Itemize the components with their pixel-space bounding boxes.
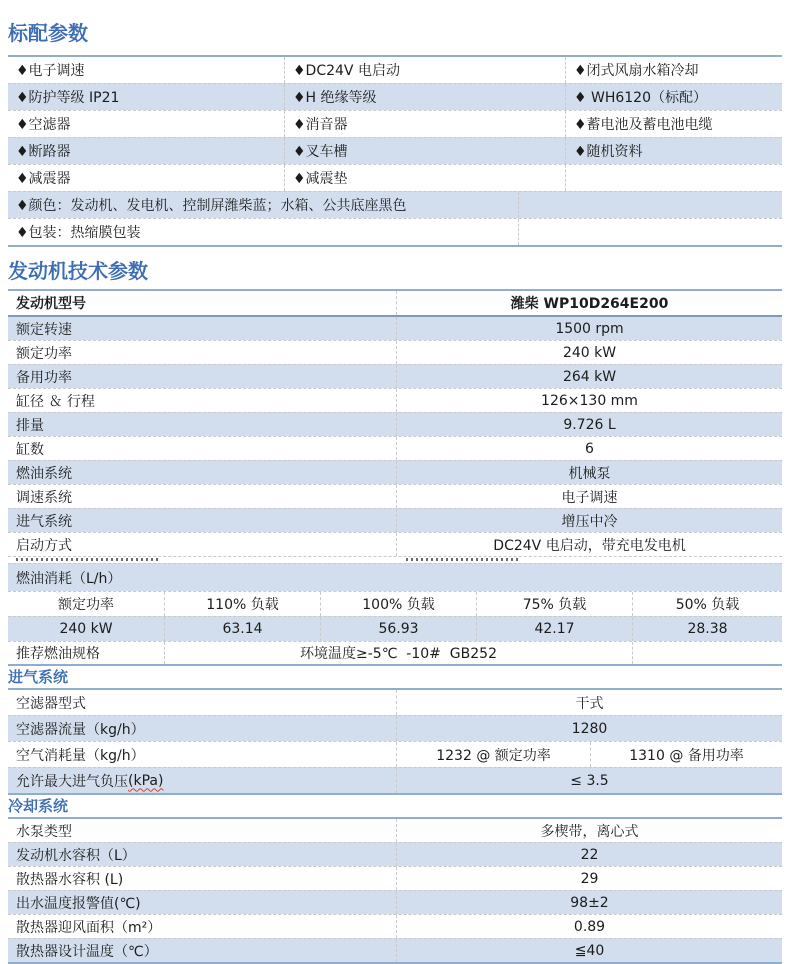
- param-cell: ♦叉车槽: [284, 138, 565, 164]
- fuel-header-cell: 额定功率: [8, 592, 164, 616]
- engine-param-label: 发动机型号: [8, 291, 396, 315]
- section-title-cooling: 冷却系统: [8, 797, 790, 815]
- intake-param-value: 1280: [396, 716, 782, 741]
- param-cell: ♦电子调速: [8, 57, 284, 83]
- fuel-spec-row: 推荐燃油规格 环境温度≥-5℃ -10# GB252: [8, 641, 782, 664]
- engine-param-label: 排量: [8, 413, 396, 436]
- engine-param-label: 额定转速: [8, 317, 396, 340]
- fuel-spec-label: 推荐燃油规格: [8, 642, 164, 664]
- engine-param-label: 进气系统: [8, 509, 396, 532]
- engine-param-row: 燃油系统 机械泵: [8, 460, 782, 484]
- engine-param-value: 机械泵: [396, 461, 782, 484]
- cooling-param-label: 散热器水容积 (L): [8, 867, 396, 890]
- engine-param-label: 燃油系统: [8, 461, 396, 484]
- table-row: ♦空滤器 ♦消音器 ♦蓄电池及蓄电池电缆: [8, 110, 782, 137]
- intake-param-row: 空滤器流量（kg/h） 1280: [8, 715, 782, 741]
- fuel-spec-value: 环境温度≥-5℃ -10# GB252: [164, 642, 632, 664]
- intake-system-table: 空滤器型式 干式 空滤器流量（kg/h） 1280 空气消耗量（kg/h） 12…: [8, 688, 782, 795]
- param-cell: ♦减震垫: [284, 165, 565, 191]
- glitch-fragment: [406, 558, 521, 561]
- cooling-system-table: 水泵类型 多楔带，离心式 发动机水容积（L） 22 散热器水容积 (L) 29 …: [8, 817, 782, 964]
- engine-param-value: 电子调速: [396, 485, 782, 508]
- intake-param-value: 1310 @ 备用功率: [590, 742, 782, 767]
- fuel-header-cell: 110% 负载: [164, 592, 320, 616]
- fuel-consumption-title-row: 燃油消耗（L/h）: [8, 563, 782, 591]
- param-cell: ♦闭式风扇水箱冷却: [565, 57, 782, 83]
- cooling-param-row: 散热器迎风面积（m²） 0.89: [8, 914, 782, 938]
- section-title-intake: 进气系统: [8, 668, 790, 686]
- intake-param-row: 允许最大进气负压(kPa) ≤ 3.5: [8, 767, 782, 793]
- cooling-param-value: ≦40: [396, 939, 782, 962]
- engine-param-value: 240 kW: [396, 341, 782, 364]
- engine-param-row: 进气系统 增压中冷: [8, 508, 782, 532]
- engine-param-row: 缸径 ＆ 行程 126×130 mm: [8, 388, 782, 412]
- engine-param-value: 9.726 L: [396, 413, 782, 436]
- engine-model-row: 发动机型号 潍柴 WP10D264E200: [8, 291, 782, 317]
- fuel-header-cell: 50% 负载: [632, 592, 782, 616]
- fuel-header-row: 额定功率 110% 负载 100% 负载 75% 负载 50% 负载: [8, 591, 782, 616]
- param-cell-wide: ♦包装：热缩膜包装: [8, 219, 518, 245]
- cooling-param-label: 水泵类型: [8, 819, 396, 842]
- fuel-value-cell: 42.17: [476, 617, 632, 641]
- compressed-glitch-row: [8, 556, 782, 563]
- empty-cell: [565, 165, 782, 191]
- engine-param-value: 6: [396, 437, 782, 460]
- fuel-header-cell: 75% 负载: [476, 592, 632, 616]
- engine-param-value: 增压中冷: [396, 509, 782, 532]
- intake-param-value: 干式: [396, 690, 782, 715]
- fuel-value-cell: 240 kW: [8, 617, 164, 641]
- param-cell: ♦DC24V 电启动: [284, 57, 565, 83]
- cooling-param-row: 发动机水容积（L） 22: [8, 842, 782, 866]
- intake-param-row: 空滤器型式 干式: [8, 690, 782, 715]
- empty-cell: [518, 192, 782, 218]
- cooling-param-value: 29: [396, 867, 782, 890]
- cooling-param-row: 散热器设计温度（℃） ≦40: [8, 938, 782, 962]
- fuel-value-cell: 63.14: [164, 617, 320, 641]
- section-title-standard-params: 标配参数: [8, 20, 790, 46]
- intake-param-label-text: 允许最大进气负压: [16, 771, 128, 791]
- param-cell: ♦ WH6120（标配）: [565, 84, 782, 110]
- engine-param-value: 126×130 mm: [396, 389, 782, 412]
- fuel-consumption-title: 燃油消耗（L/h）: [8, 564, 782, 591]
- engine-param-label: 缸径 ＆ 行程: [8, 389, 396, 412]
- section-title-engine-params: 发动机技术参数: [8, 258, 790, 284]
- param-cell: ♦随机资料: [565, 138, 782, 164]
- cooling-param-label: 散热器设计温度（℃）: [8, 939, 396, 962]
- fuel-data-row: 240 kW 63.14 56.93 42.17 28.38: [8, 616, 782, 641]
- engine-param-row: 缸数 6: [8, 436, 782, 460]
- engine-param-value: 264 kW: [396, 365, 782, 388]
- intake-param-label: 空气消耗量（kg/h）: [8, 742, 396, 767]
- engine-param-row: 备用功率 264 kW: [8, 364, 782, 388]
- engine-param-label: 额定功率: [8, 341, 396, 364]
- fuel-value-cell: 28.38: [632, 617, 782, 641]
- empty-cell: [632, 642, 782, 664]
- table-row-packaging-note: ♦包装：热缩膜包装: [8, 218, 782, 245]
- intake-param-label: 空滤器流量（kg/h）: [8, 716, 396, 741]
- param-cell: ♦H 绝缘等级: [284, 84, 565, 110]
- param-cell: ♦断路器: [8, 138, 284, 164]
- spellcheck-underlined-unit: (kPa): [128, 773, 163, 789]
- intake-param-row: 空气消耗量（kg/h） 1232 @ 额定功率 1310 @ 备用功率: [8, 741, 782, 767]
- cooling-param-value: 多楔带，离心式: [396, 819, 782, 842]
- cooling-param-value: 0.89: [396, 915, 782, 938]
- engine-param-row: 启动方式 DC24V 电启动，带充电发电机: [8, 532, 782, 556]
- table-row: ♦减震器 ♦减震垫: [8, 164, 782, 191]
- cooling-param-row: 散热器水容积 (L) 29: [8, 866, 782, 890]
- engine-param-label: 缸数: [8, 437, 396, 460]
- table-row-color-note: ♦颜色：发动机、发电机、控制屏潍柴蓝；水箱、公共底座黑色: [8, 191, 782, 218]
- engine-model-value: 潍柴 WP10D264E200: [396, 291, 782, 315]
- engine-param-label: 调速系统: [8, 485, 396, 508]
- glitch-fragment: [16, 558, 161, 561]
- table-row: ♦电子调速 ♦DC24V 电启动 ♦闭式风扇水箱冷却: [8, 57, 782, 83]
- cooling-param-label: 出水温度报警值(℃): [8, 891, 396, 914]
- engine-param-label: 备用功率: [8, 365, 396, 388]
- fuel-header-cell: 100% 负载: [320, 592, 476, 616]
- param-cell: ♦空滤器: [8, 111, 284, 137]
- fuel-value-cell: 56.93: [320, 617, 476, 641]
- engine-param-value: 1500 rpm: [396, 317, 782, 340]
- intake-param-value: 1232 @ 额定功率: [396, 742, 590, 767]
- intake-param-label: 允许最大进气负压(kPa): [8, 768, 396, 793]
- table-row: ♦断路器 ♦叉车槽 ♦随机资料: [8, 137, 782, 164]
- standard-params-table: ♦电子调速 ♦DC24V 电启动 ♦闭式风扇水箱冷却 ♦防护等级 IP21 ♦H…: [8, 55, 782, 247]
- engine-param-label: 启动方式: [8, 533, 396, 556]
- engine-param-row: 调速系统 电子调速: [8, 484, 782, 508]
- empty-cell: [518, 219, 782, 245]
- param-cell-wide: ♦颜色：发动机、发电机、控制屏潍柴蓝；水箱、公共底座黑色: [8, 192, 518, 218]
- cooling-param-label: 发动机水容积（L）: [8, 843, 396, 866]
- param-cell: ♦消音器: [284, 111, 565, 137]
- engine-param-row: 额定转速 1500 rpm: [8, 317, 782, 340]
- cooling-param-value: 22: [396, 843, 782, 866]
- param-cell: ♦蓄电池及蓄电池电缆: [565, 111, 782, 137]
- param-cell: ♦防护等级 IP21: [8, 84, 284, 110]
- engine-param-row: 排量 9.726 L: [8, 412, 782, 436]
- cooling-param-label: 散热器迎风面积（m²）: [8, 915, 396, 938]
- cooling-param-row: 水泵类型 多楔带，离心式: [8, 819, 782, 842]
- cooling-param-row: 出水温度报警值(℃) 98±2: [8, 890, 782, 914]
- engine-param-value: DC24V 电启动，带充电发电机: [396, 533, 782, 556]
- param-cell: ♦减震器: [8, 165, 284, 191]
- intake-param-value: ≤ 3.5: [396, 768, 782, 793]
- engine-params-table: 发动机型号 潍柴 WP10D264E200 额定转速 1500 rpm 额定功率…: [8, 289, 782, 666]
- spec-sheet-page: 标配参数 ♦电子调速 ♦DC24V 电启动 ♦闭式风扇水箱冷却 ♦防护等级 IP…: [0, 0, 790, 961]
- table-row: ♦防护等级 IP21 ♦H 绝缘等级 ♦ WH6120（标配）: [8, 83, 782, 110]
- cooling-param-value: 98±2: [396, 891, 782, 914]
- intake-param-label: 空滤器型式: [8, 690, 396, 715]
- engine-param-row: 额定功率 240 kW: [8, 340, 782, 364]
